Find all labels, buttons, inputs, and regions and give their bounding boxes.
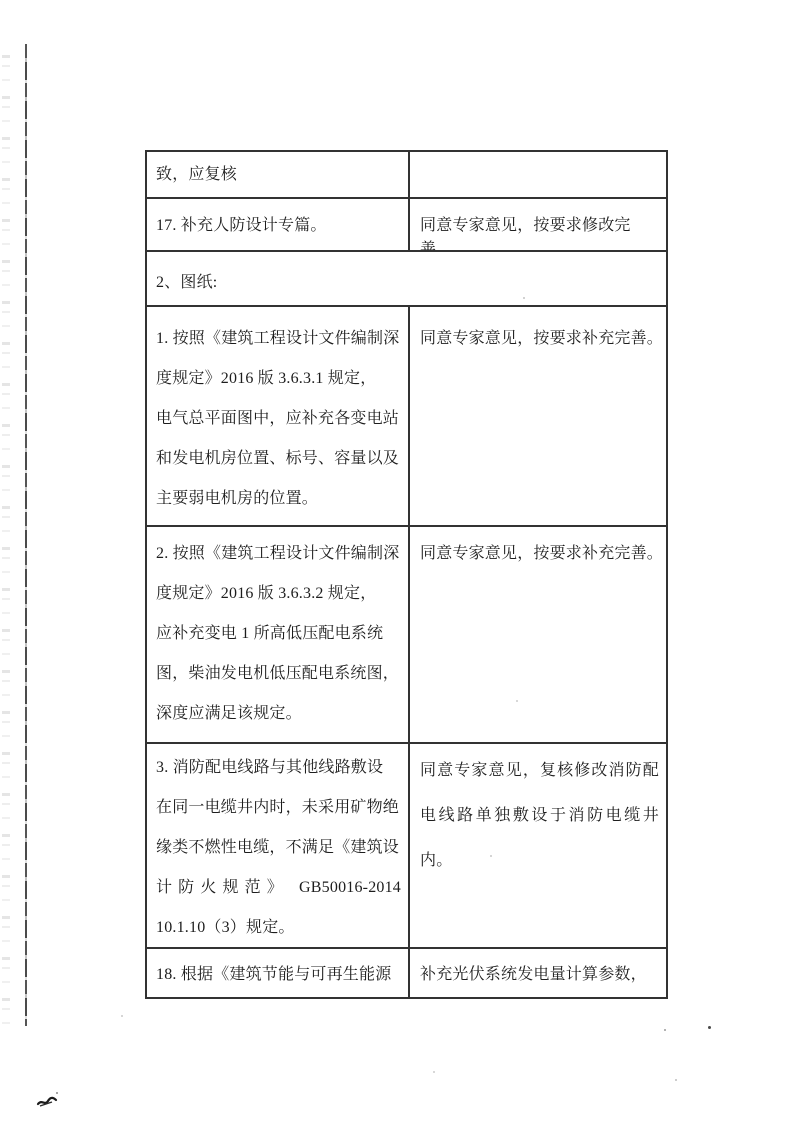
comment-cell: 18. 根据《建筑节能与可再生能源 (147, 949, 410, 997)
response-cell: 补充光伏系统发电量计算参数， (410, 949, 666, 997)
response-cell: 同意专家意见，按要求补充完善。 (410, 307, 666, 525)
comment-cell: 17. 补充人防设计专篇。 (147, 199, 410, 250)
text-line: 3. 消防配电线路与其他线路敷设 (156, 748, 401, 788)
text-line: 18. 根据《建筑节能与可再生能源 (156, 963, 401, 987)
table-row: 2、图纸: (147, 250, 666, 305)
text-line: 10.1.10（3）规定。 (156, 908, 401, 947)
text-line: 17. 补充人防设计专篇。 (156, 214, 401, 238)
text-line: 致，应复核 (156, 163, 401, 187)
text-line: 图，柴油发电机低压配电系统图， (156, 654, 401, 694)
text-line: 缘类不燃性电缆，不满足《建筑设 (156, 828, 401, 868)
text-line: 度规定》2016 版 3.6.3.1 规定， (156, 359, 401, 399)
text-line: 深度应满足该规定。 (156, 694, 401, 734)
text-line: 1. 按照《建筑工程设计文件编制深 (156, 319, 401, 359)
text-line: 同意专家意见，复核修改消防配 (420, 748, 659, 793)
text-line: 电线路单独敷设于消防电缆井 (420, 793, 659, 838)
scan-speck (433, 1071, 435, 1073)
comment-cell: 致，应复核 (147, 152, 410, 197)
table-row: 17. 补充人防设计专篇。 同意专家意见，按要求修改完善。 (147, 197, 666, 250)
text-line: 主要弱电机房的位置。 (156, 479, 401, 519)
table-row: 2. 按照《建筑工程设计文件编制深度规定》2016 版 3.6.3.2 规定，应… (147, 525, 666, 742)
text-line: 同意专家意见，按要求修改完善。 (420, 214, 659, 250)
text-line: 应补充变电 1 所高低压配电系统 (156, 614, 401, 654)
text-line: 电气总平面图中，应补充各变电站 (156, 399, 401, 439)
scan-edge-bleed-marks (2, 55, 10, 1025)
text-line: 同意专家意见，按要求补充完善。 (420, 319, 659, 359)
scan-speck (664, 1029, 666, 1031)
review-comments-table: 致，应复核 17. 补充人防设计专篇。 同意专家意见，按要求修改完善。 2、图纸… (145, 150, 668, 999)
scan-artifact-vertical-line (25, 44, 27, 1026)
section-header-cell: 2、图纸: (147, 252, 666, 305)
ink-scribble-mark (36, 1090, 62, 1110)
table-row: 1. 按照《建筑工程设计文件编制深度规定》2016 版 3.6.3.1 规定，电… (147, 305, 666, 525)
scan-speck (121, 1015, 123, 1017)
text-line: 计防火规范》 GB50016-2014 (156, 868, 401, 908)
response-cell: 同意专家意见，按要求补充完善。 (410, 527, 666, 742)
table-row: 致，应复核 (147, 152, 666, 197)
text-line: 度规定》2016 版 3.6.3.2 规定， (156, 574, 401, 614)
response-cell: 同意专家意见，按要求修改完善。 (410, 199, 666, 250)
text-line: 2、图纸: (156, 271, 659, 295)
table-row: 3. 消防配电线路与其他线路敷设在同一电缆井内时，未采用矿物绝缘类不燃性电缆，不… (147, 742, 666, 947)
text-line: 同意专家意见，按要求补充完善。 (420, 534, 659, 574)
comment-cell: 3. 消防配电线路与其他线路敷设在同一电缆井内时，未采用矿物绝缘类不燃性电缆，不… (147, 744, 410, 947)
response-cell: 同意专家意见，复核修改消防配电线路单独敷设于消防电缆井内。 (410, 744, 666, 947)
scan-speck (708, 1026, 711, 1029)
comment-cell: 2. 按照《建筑工程设计文件编制深度规定》2016 版 3.6.3.2 规定，应… (147, 527, 410, 742)
comment-cell: 1. 按照《建筑工程设计文件编制深度规定》2016 版 3.6.3.1 规定，电… (147, 307, 410, 525)
text-line: 补充光伏系统发电量计算参数， (420, 963, 659, 987)
scanned-document-page: 致，应复核 17. 补充人防设计专篇。 同意专家意见，按要求修改完善。 2、图纸… (0, 0, 793, 1122)
text-line: 2. 按照《建筑工程设计文件编制深 (156, 534, 401, 574)
response-cell (410, 152, 666, 197)
text-line: 内。 (420, 838, 659, 883)
text-line: 在同一电缆井内时，未采用矿物绝 (156, 788, 401, 828)
table-row: 18. 根据《建筑节能与可再生能源 补充光伏系统发电量计算参数， (147, 947, 666, 997)
text-line: 和发电机房位置、标号、容量以及 (156, 439, 401, 479)
scan-speck (675, 1079, 677, 1081)
